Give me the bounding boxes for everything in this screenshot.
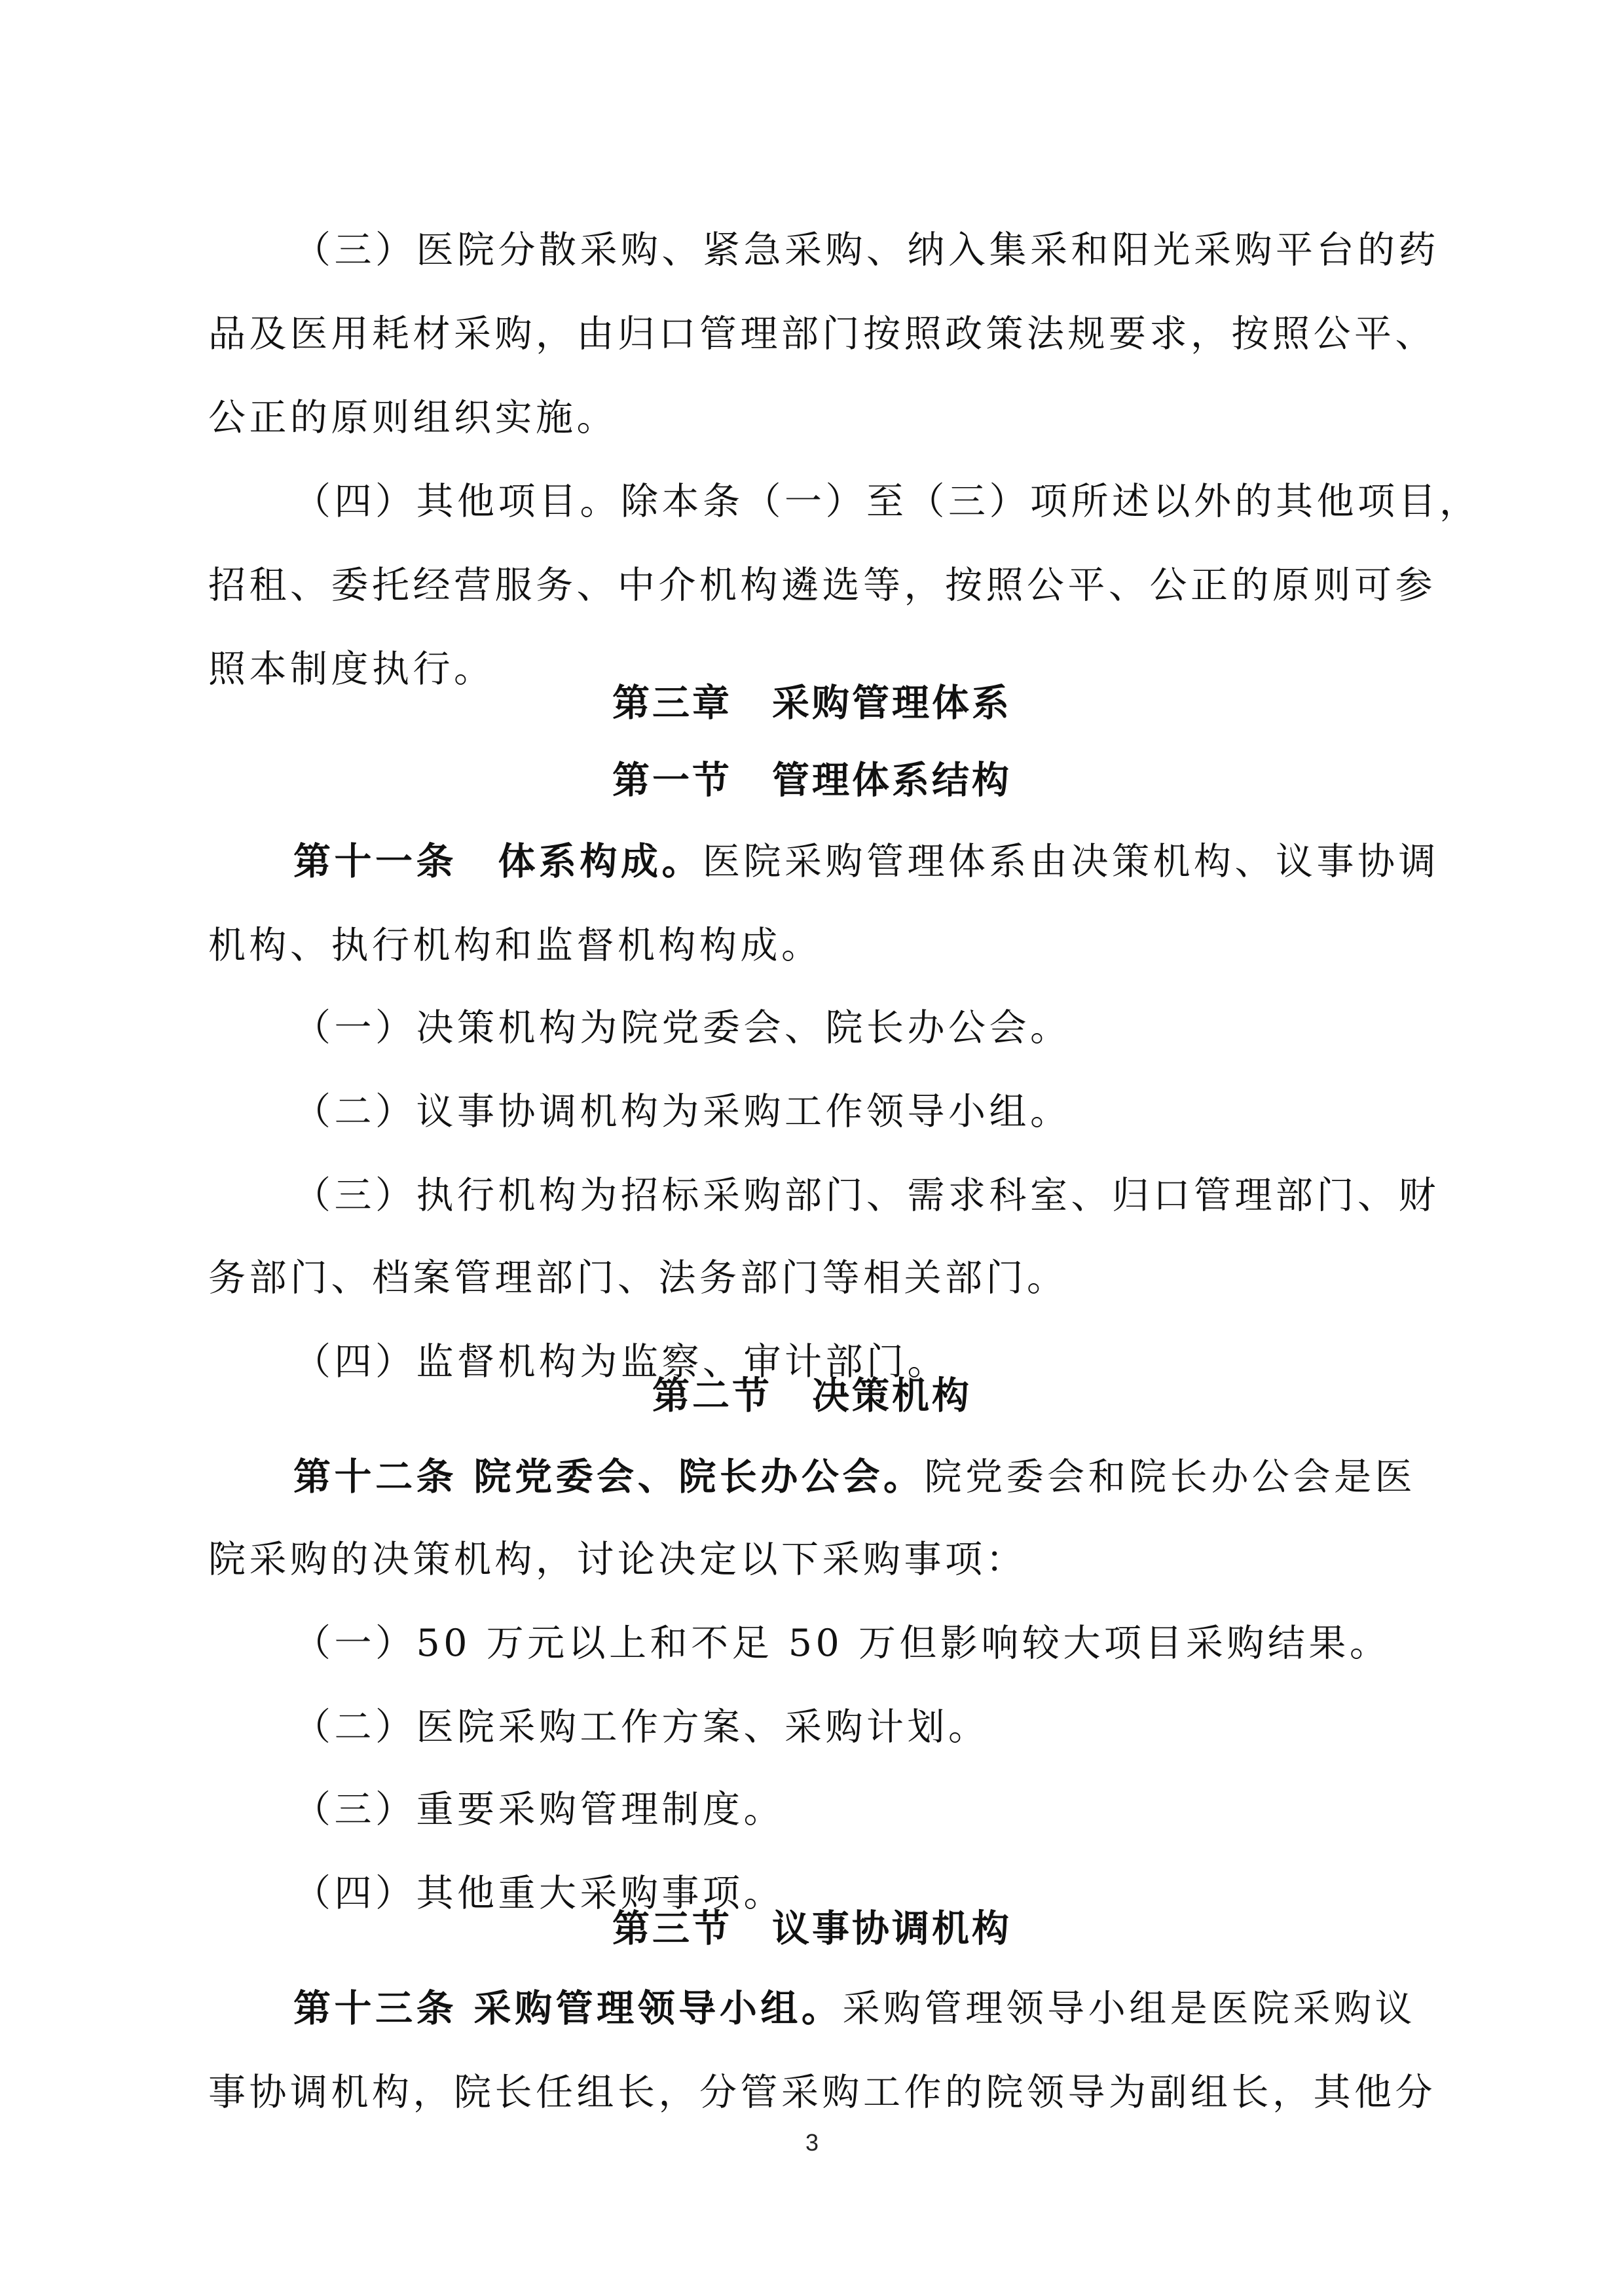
- article-line: 第十二条 院党委会、院长办公会。院党委会和院长办公会是医: [293, 1451, 1416, 1503]
- page-number: 3: [0, 2129, 1624, 2157]
- paragraph-line: （四）其他项目。除本条（一）至（三）项所述以外的其他项目，: [293, 475, 1416, 528]
- section-heading: 第三节 议事协调机构: [0, 1903, 1624, 1955]
- list-item: （二）医院采购工作方案、采购计划。: [293, 1701, 1416, 1753]
- section-heading: 第一节 管理体系结构: [0, 754, 1624, 807]
- article-label: 第十一条 体系构成。: [293, 840, 703, 883]
- section-heading: 第二节 决策机构: [0, 1370, 1624, 1422]
- paragraph-line: 务部门、档案管理部门、法务部门等相关部门。: [208, 1252, 1416, 1304]
- document-page: （三）医院分散采购、紧急采购、纳入集采和阳光采购平台的药 品及医用耗材采购，由归…: [0, 0, 1624, 2296]
- article-line: 第十一条 体系构成。医院采购管理体系由决策机构、议事协调: [293, 835, 1416, 888]
- paragraph-line: （三）医院分散采购、紧急采购、纳入集采和阳光采购平台的药: [293, 224, 1416, 276]
- paragraph-line: 事协调机构，院长任组长，分管采购工作的院领导为副组长，其他分: [208, 2066, 1416, 2119]
- paragraph-line: 招租、委托经营服务、中介机构遴选等，按照公平、公正的原则可参: [208, 559, 1416, 611]
- article-label: 第十二条 院党委会、院长办公会。: [293, 1455, 925, 1499]
- article-text: 采购管理领导小组是医院采购议: [842, 1987, 1416, 2030]
- paragraph-line: 院采购的决策机构，讨论决定以下采购事项：: [208, 1533, 1416, 1586]
- article-text: 院党委会和院长办公会是医: [925, 1455, 1416, 1499]
- list-item: （一）50 万元以上和不足 50 万但影响较大项目采购结果。: [293, 1617, 1416, 1669]
- list-item: （三）重要采购管理制度。: [293, 1783, 1416, 1836]
- paragraph-line: 公正的原则组织实施。: [208, 392, 1416, 444]
- article-line: 第十三条 采购管理领导小组。采购管理领导小组是医院采购议: [293, 1982, 1416, 2035]
- article-label: 第十三条 采购管理领导小组。: [293, 1987, 842, 2030]
- paragraph-line: 品及医用耗材采购，由归口管理部门按照政策法规要求，按照公平、: [208, 308, 1416, 360]
- paragraph-line: （三）执行机构为招标采购部门、需求科室、归口管理部门、财: [293, 1169, 1416, 1222]
- paragraph-line: 机构、执行机构和监督机构构成。: [208, 919, 1416, 972]
- chapter-heading: 第三章 采购管理体系: [0, 677, 1624, 729]
- article-text: 医院采购管理体系由决策机构、议事协调: [703, 840, 1439, 883]
- list-item: （二）议事协调机构为采购工作领导小组。: [293, 1085, 1416, 1138]
- list-item: （一）决策机构为院党委会、院长办公会。: [293, 1002, 1416, 1054]
